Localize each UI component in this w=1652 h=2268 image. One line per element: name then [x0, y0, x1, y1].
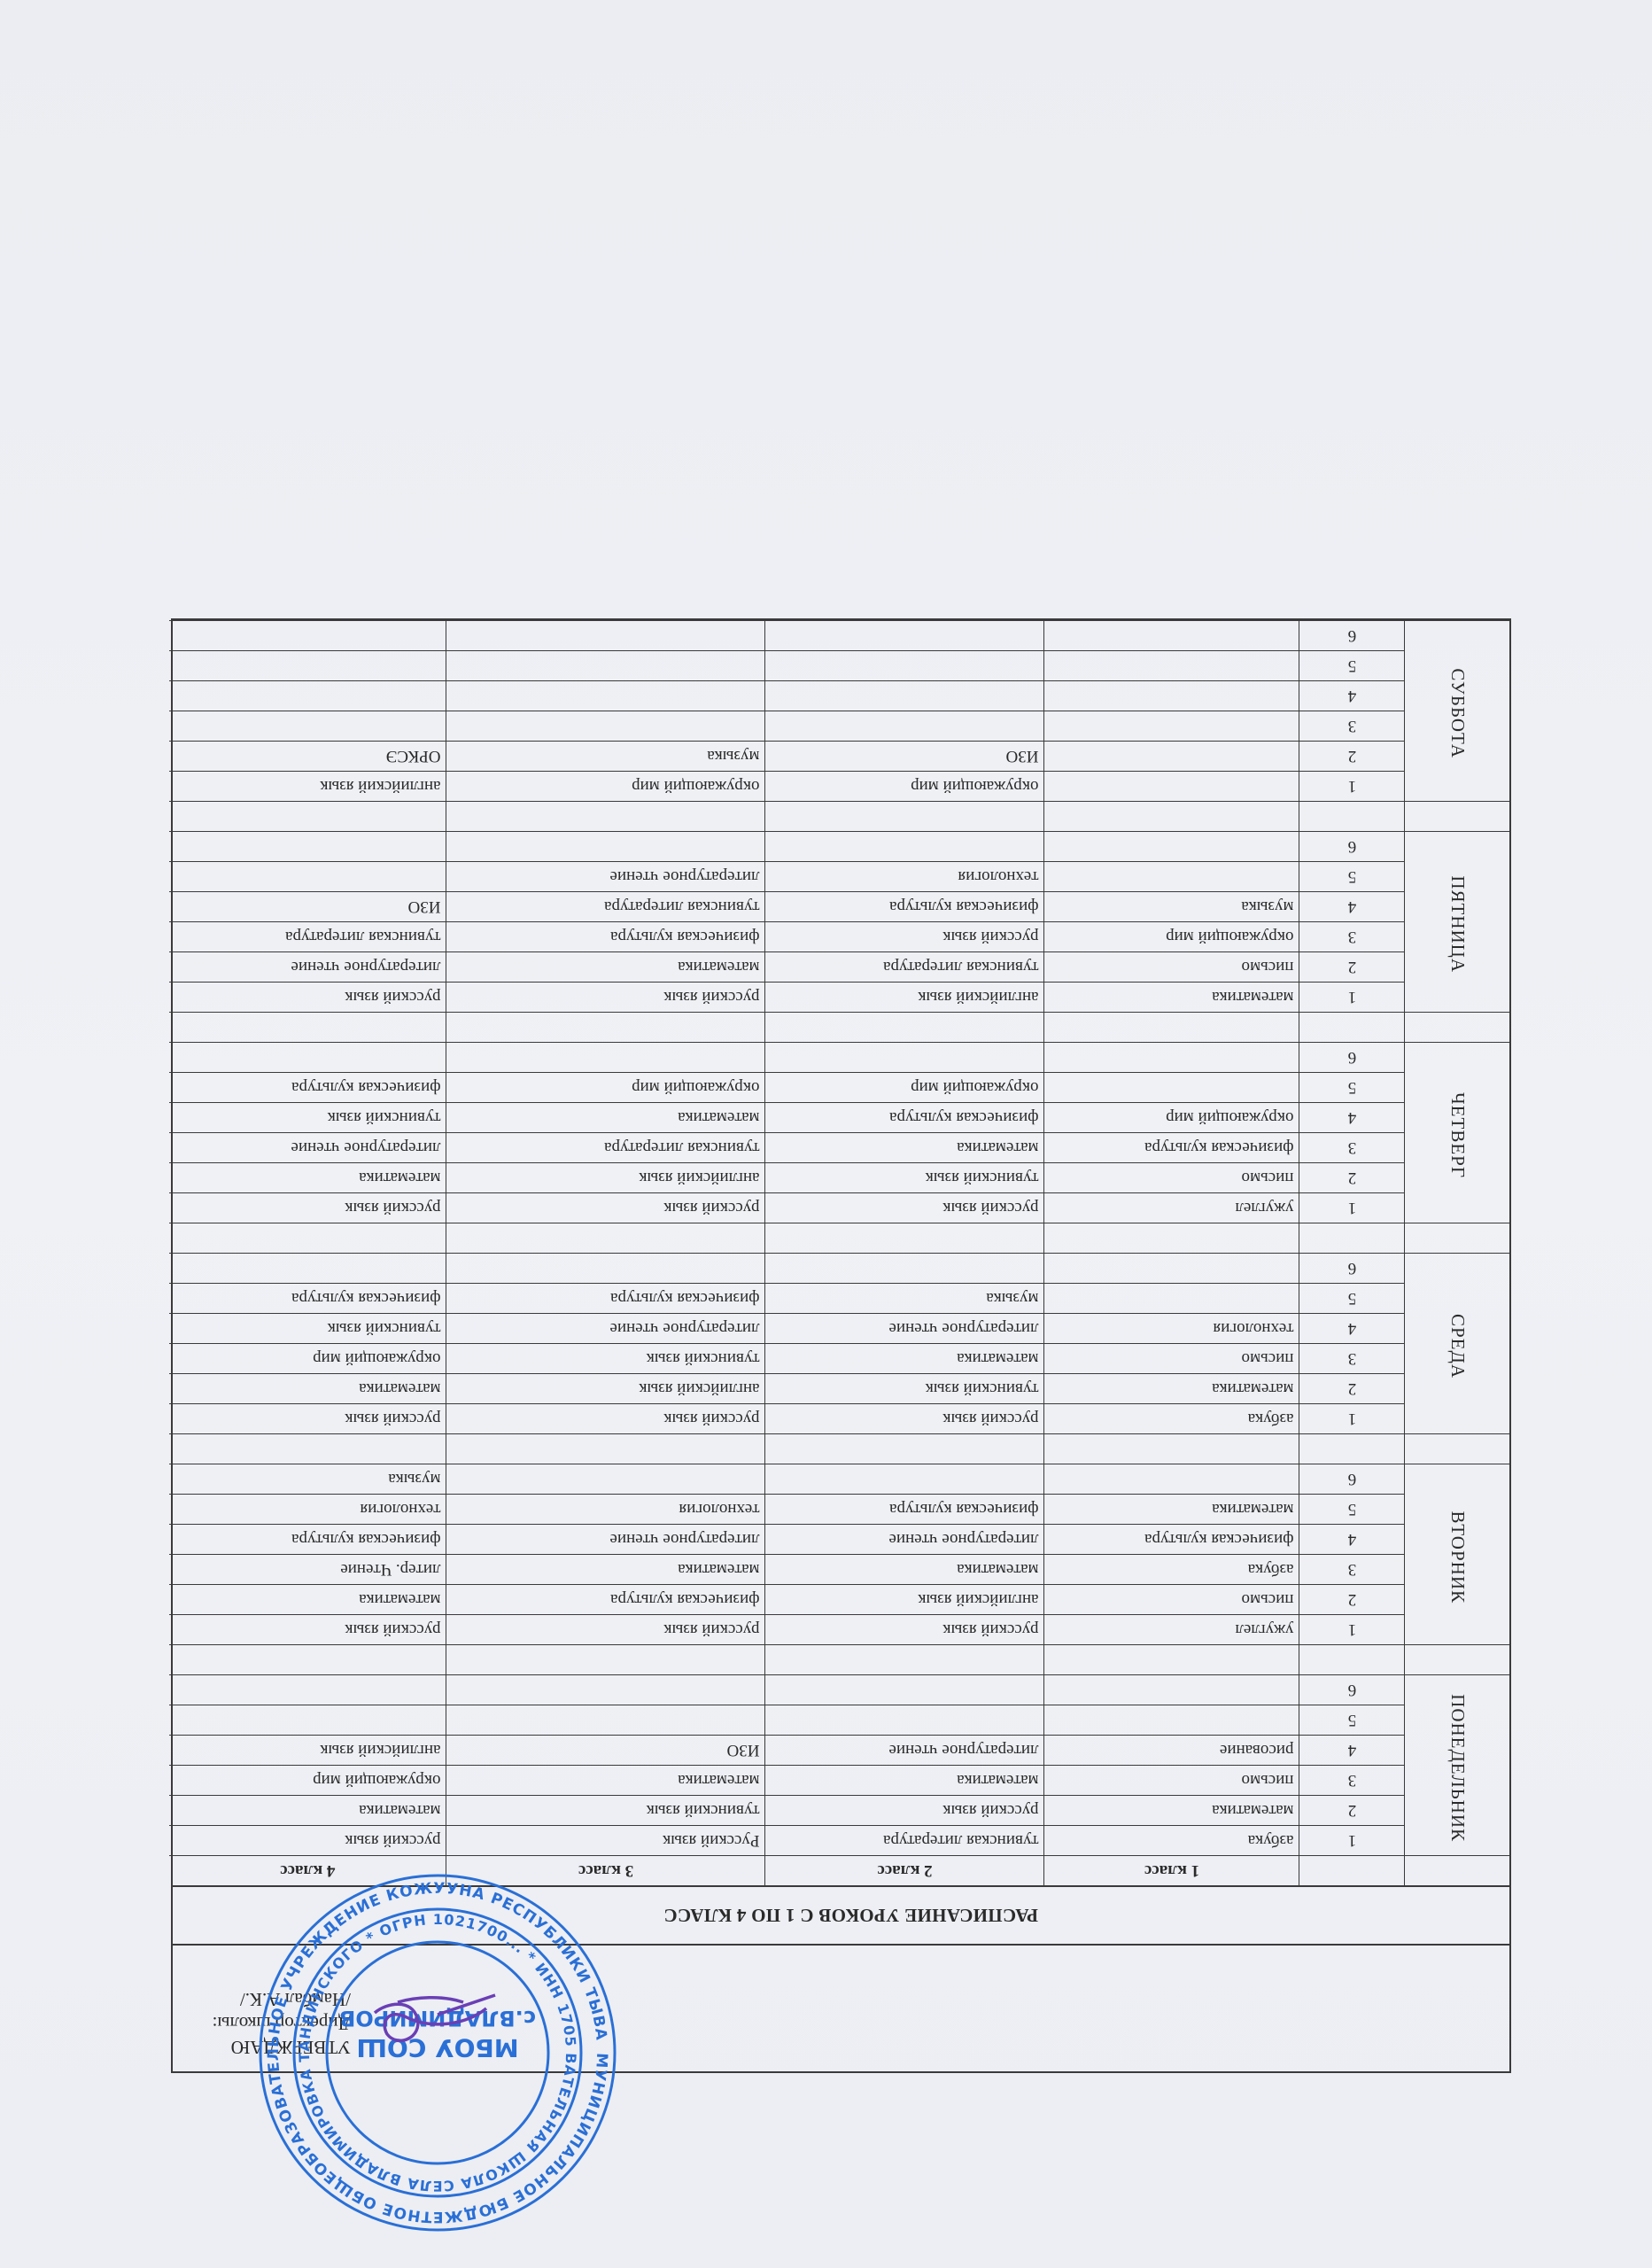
empty-cell [446, 1434, 765, 1464]
lesson-number: 5 [1299, 1495, 1405, 1525]
subject-class-4 [169, 651, 446, 681]
subject-class-3 [446, 621, 765, 651]
subject-class-3: тувинская литература [446, 1133, 765, 1163]
subject-class-1: азбука [1044, 1826, 1299, 1856]
subject-class-2 [765, 1254, 1044, 1284]
subject-class-1 [1044, 862, 1299, 892]
subject-class-1: математика [1044, 1374, 1299, 1404]
subject-class-1 [1044, 1705, 1299, 1736]
approval-text: УТВЕРЖДАЮ Директор школы: /Намбал А.К./ [213, 1987, 351, 2059]
lesson-row: 6 [169, 621, 1509, 651]
empty-cell [446, 802, 765, 832]
subject-class-1: письмо [1044, 1163, 1299, 1193]
subject-class-4 [169, 681, 446, 711]
lesson-number: 4 [1299, 1314, 1405, 1344]
lesson-row: 5 [169, 651, 1509, 681]
subject-class-1 [1044, 1254, 1299, 1284]
subject-class-3: ИЗО [446, 1736, 765, 1766]
document-title: РАСПИСАНИЕ УРОКОВ С 1 ПО 4 КЛАСС [173, 1885, 1509, 1944]
subject-class-2: физическая культура [765, 1495, 1044, 1525]
subject-class-3: технология [446, 1495, 765, 1525]
lesson-row: 6 [169, 832, 1509, 862]
day-cell: ПЯТНИЦА [1405, 832, 1509, 1013]
empty-cell [765, 1434, 1044, 1464]
subject-class-3 [446, 1675, 765, 1705]
empty-cell [1044, 1434, 1299, 1464]
lesson-number: 1 [1299, 1404, 1405, 1434]
lesson-number: 1 [1299, 772, 1405, 802]
lesson-row: 3письмоматематикаматематикаокружающий ми… [169, 1766, 1509, 1796]
subject-class-1 [1044, 651, 1299, 681]
subject-class-3: тувинская литература [446, 892, 765, 922]
subject-class-4: математика [169, 1163, 446, 1193]
subject-class-3: математика [446, 952, 765, 983]
subject-class-4: физическая культура [169, 1284, 446, 1314]
subject-class-3: математика [446, 1766, 765, 1796]
lesson-number: 3 [1299, 1344, 1405, 1374]
lesson-row: 5технологиялитературное чтение [169, 862, 1509, 892]
subject-class-4: физическая культура [169, 1073, 446, 1103]
subject-class-2 [765, 1043, 1044, 1073]
lesson-row: СУББОТА1окружающий мирокружающий мирангл… [169, 772, 1509, 802]
subject-class-2: литературное чтение [765, 1736, 1044, 1766]
lesson-number: 1 [1299, 983, 1405, 1013]
subject-class-4: литературное чтение [169, 1133, 446, 1163]
empty-cell [446, 1223, 765, 1254]
subject-class-1: окружающий мир [1044, 922, 1299, 952]
lesson-number: 3 [1299, 1133, 1405, 1163]
subject-class-4: русский язык [169, 983, 446, 1013]
subject-class-2: русский язык [765, 922, 1044, 952]
subject-class-4: окружающий мир [169, 1344, 446, 1374]
header-class-1: 1 класс [1044, 1856, 1299, 1886]
empty-cell [1044, 1013, 1299, 1043]
subject-class-4: технология [169, 1495, 446, 1525]
empty-cell [765, 1645, 1044, 1675]
lesson-number: 2 [1299, 742, 1405, 772]
subject-class-3: физическая культура [446, 1585, 765, 1615]
subject-class-2: русский язык [765, 1193, 1044, 1223]
lesson-row: 4окружающий мирфизическая культураматема… [169, 1103, 1509, 1133]
subject-class-4: литературное чтение [169, 952, 446, 983]
subject-class-2: математика [765, 1344, 1044, 1374]
scanned-page: УТВЕРЖДАЮ Директор школы: /Намбал А.К./ … [0, 0, 1652, 2268]
lesson-number: 2 [1299, 952, 1405, 983]
subject-class-4: ОРКСЭ [169, 742, 446, 772]
subject-class-1: математика [1044, 983, 1299, 1013]
lesson-row: 4 [169, 681, 1509, 711]
subject-class-2: технология [765, 862, 1044, 892]
lesson-number: 6 [1299, 1043, 1405, 1073]
empty-cell [446, 1645, 765, 1675]
subject-class-1 [1044, 1284, 1299, 1314]
lesson-row: 3окружающий миррусский языкфизическая ку… [169, 922, 1509, 952]
subject-class-4: музыка [169, 1464, 446, 1495]
empty-cell [1405, 802, 1509, 832]
subject-class-1: музыка [1044, 892, 1299, 922]
day-label: ЧЕТВЕРГ [1446, 1092, 1469, 1178]
subject-class-3: английский язык [446, 1374, 765, 1404]
subject-class-1 [1044, 681, 1299, 711]
subject-class-4: литер. Чтение [169, 1555, 446, 1585]
lesson-row: 6музыка [169, 1464, 1509, 1495]
subject-class-1: ужуглел [1044, 1615, 1299, 1645]
lesson-row: 4рисованиелитературное чтениеИЗОанглийск… [169, 1736, 1509, 1766]
subject-class-1: ужуглел [1044, 1193, 1299, 1223]
schedule-table: 1 класс 2 класс 3 класс 4 класс ПОНЕДЕЛЬ… [169, 620, 1509, 1885]
subject-class-1: технология [1044, 1314, 1299, 1344]
subject-class-1 [1044, 1073, 1299, 1103]
lesson-row: 3 [169, 711, 1509, 742]
lesson-number: 6 [1299, 1675, 1405, 1705]
subject-class-4: математика [169, 1585, 446, 1615]
subject-class-4: английский язык [169, 1736, 446, 1766]
subject-class-1: письмо [1044, 1585, 1299, 1615]
subject-class-3: физическая культура [446, 1284, 765, 1314]
subject-class-4: ИЗО [169, 892, 446, 922]
lesson-number: 2 [1299, 1163, 1405, 1193]
empty-cell [765, 1013, 1044, 1043]
subject-class-2 [765, 681, 1044, 711]
subject-class-3: русский язык [446, 1193, 765, 1223]
lesson-row: 5музыкафизическая культурафизическая кул… [169, 1284, 1509, 1314]
subject-class-3 [446, 1254, 765, 1284]
empty-cell [1405, 1223, 1509, 1254]
empty-cell [169, 802, 446, 832]
lesson-number: 5 [1299, 651, 1405, 681]
lesson-number: 6 [1299, 1464, 1405, 1495]
subject-class-3 [446, 1705, 765, 1736]
lesson-number: 5 [1299, 1705, 1405, 1736]
empty-cell [446, 1013, 765, 1043]
empty-cell [1405, 1013, 1509, 1043]
subject-class-4: русский язык [169, 1404, 446, 1434]
subject-class-3: окружающий мир [446, 772, 765, 802]
subject-class-2: ИЗО [765, 742, 1044, 772]
header-class-3: 3 класс [446, 1856, 765, 1886]
subject-class-1 [1044, 711, 1299, 742]
subject-class-4: окружающий мир [169, 1766, 446, 1796]
lesson-number: 5 [1299, 862, 1405, 892]
subject-class-1: письмо [1044, 952, 1299, 983]
lesson-row: 2ИЗОмузыкаОРКСЭ [169, 742, 1509, 772]
lesson-number: 2 [1299, 1585, 1405, 1615]
lesson-number: 5 [1299, 1073, 1405, 1103]
subject-class-2: литературное чтение [765, 1314, 1044, 1344]
header-day [1405, 1856, 1509, 1886]
subject-class-3: литературное чтение [446, 862, 765, 892]
subject-class-2: английский язык [765, 1585, 1044, 1615]
empty-cell [1299, 1013, 1405, 1043]
subject-class-1 [1044, 832, 1299, 862]
subject-class-2: тувинская литература [765, 1826, 1044, 1856]
subject-class-1: азбука [1044, 1404, 1299, 1434]
lesson-row: 3азбукаматематикаматематикалитер. Чтение [169, 1555, 1509, 1585]
subject-class-2 [765, 1675, 1044, 1705]
day-separator-row [169, 1645, 1509, 1675]
approval-director-label: Директор школы: [213, 2011, 351, 2035]
lesson-row: 3физическая культураматематикатувинская … [169, 1133, 1509, 1163]
lesson-number: 1 [1299, 1615, 1405, 1645]
approval-heading: УТВЕРЖДАЮ [213, 2035, 351, 2059]
subject-class-3: русский язык [446, 1404, 765, 1434]
lesson-row: 6 [169, 1043, 1509, 1073]
lesson-number: 2 [1299, 1374, 1405, 1404]
lesson-row: 6 [169, 1254, 1509, 1284]
subject-class-1: физическая культура [1044, 1525, 1299, 1555]
subject-class-3: физическая культура [446, 922, 765, 952]
approval-block: УТВЕРЖДАЮ Директор школы: /Намбал А.К./ [173, 1944, 1509, 2071]
header-class-2: 2 класс [765, 1856, 1044, 1886]
subject-class-1 [1044, 742, 1299, 772]
lesson-row: ЧЕТВЕРГ1ужуглелрусский языкрусский языкр… [169, 1193, 1509, 1223]
day-separator-row [169, 802, 1509, 832]
lesson-row: ПЯТНИЦА1математикаанглийский языкрусский… [169, 983, 1509, 1013]
lesson-number: 3 [1299, 1555, 1405, 1585]
subject-class-4: русский язык [169, 1193, 446, 1223]
lesson-row: ВТОРНИК1ужуглелрусский языкрусский языкр… [169, 1615, 1509, 1645]
subject-class-2: окружающий мир [765, 1073, 1044, 1103]
subject-class-3: русский язык [446, 1615, 765, 1645]
subject-class-4: русский язык [169, 1826, 446, 1856]
lesson-number: 4 [1299, 1525, 1405, 1555]
lesson-number: 6 [1299, 621, 1405, 651]
empty-cell [169, 1013, 446, 1043]
day-separator-row [169, 1434, 1509, 1464]
lesson-number: 3 [1299, 922, 1405, 952]
empty-cell [169, 1223, 446, 1254]
subject-class-4 [169, 1254, 446, 1284]
subject-class-4 [169, 862, 446, 892]
subject-class-2: математика [765, 1133, 1044, 1163]
subject-class-1: азбука [1044, 1555, 1299, 1585]
empty-cell [169, 1434, 446, 1464]
empty-cell [1299, 1223, 1405, 1254]
subject-class-2: тувинский язык [765, 1163, 1044, 1193]
day-separator-row [169, 1223, 1509, 1254]
subject-class-2: тувинская литература [765, 952, 1044, 983]
subject-class-3: литературное чтение [446, 1314, 765, 1344]
subject-class-3 [446, 1464, 765, 1495]
subject-class-3: музыка [446, 742, 765, 772]
day-separator-row [169, 1013, 1509, 1043]
subject-class-2: литературное чтение [765, 1525, 1044, 1555]
subject-class-1: физическая культура [1044, 1133, 1299, 1163]
lesson-number: 4 [1299, 1736, 1405, 1766]
day-label: ПОНЕДЕЛЬНИК [1446, 1694, 1469, 1842]
subject-class-2 [765, 1705, 1044, 1736]
subject-class-4: математика [169, 1374, 446, 1404]
subject-class-3: литературное чтение [446, 1525, 765, 1555]
day-cell: ВТОРНИК [1405, 1464, 1509, 1645]
subject-class-4: физическая культура [169, 1525, 446, 1555]
subject-class-2: английский язык [765, 983, 1044, 1013]
empty-cell [1299, 1434, 1405, 1464]
subject-class-4: тувинская литература [169, 922, 446, 952]
header-row: 1 класс 2 класс 3 класс 4 класс [169, 1856, 1509, 1886]
empty-cell [1044, 802, 1299, 832]
day-cell: ПОНЕДЕЛЬНИК [1405, 1675, 1509, 1856]
subject-class-1 [1044, 772, 1299, 802]
subject-class-2 [765, 832, 1044, 862]
lesson-number: 4 [1299, 1103, 1405, 1133]
subject-class-4: математика [169, 1796, 446, 1826]
day-cell: СУББОТА [1405, 621, 1509, 802]
subject-class-2 [765, 1464, 1044, 1495]
subject-class-2: физическая культура [765, 1103, 1044, 1133]
subject-class-3: математика [446, 1555, 765, 1585]
subject-class-2: математика [765, 1766, 1044, 1796]
subject-class-4: русский язык [169, 1615, 446, 1645]
subject-class-4 [169, 711, 446, 742]
subject-class-1 [1044, 1464, 1299, 1495]
empty-cell [765, 1223, 1044, 1254]
subject-class-3: тувинский язык [446, 1344, 765, 1374]
header-number [1299, 1856, 1405, 1886]
day-cell: ЧЕТВЕРГ [1405, 1043, 1509, 1223]
day-label: СРЕДА [1446, 1314, 1469, 1379]
subject-class-1: письмо [1044, 1344, 1299, 1374]
subject-class-2 [765, 651, 1044, 681]
subject-class-3: тувинский язык [446, 1796, 765, 1826]
empty-cell [169, 1645, 446, 1675]
day-cell: СРЕДА [1405, 1254, 1509, 1434]
subject-class-3 [446, 681, 765, 711]
subject-class-4 [169, 1675, 446, 1705]
subject-class-4: тувинский язык [169, 1103, 446, 1133]
empty-cell [1299, 802, 1405, 832]
lesson-number: 2 [1299, 1796, 1405, 1826]
lesson-row: 5математикафизическая культуратехнология… [169, 1495, 1509, 1525]
subject-class-3: окружающий мир [446, 1073, 765, 1103]
lesson-row: 2письмотувинская литератураматематикалит… [169, 952, 1509, 983]
lesson-number: 3 [1299, 711, 1405, 742]
subject-class-4: тувинский язык [169, 1314, 446, 1344]
schedule-document: УТВЕРЖДАЮ Директор школы: /Намбал А.К./ … [171, 618, 1511, 2073]
subject-class-2: тувинский язык [765, 1374, 1044, 1404]
lesson-number: 6 [1299, 832, 1405, 862]
empty-cell [1044, 1223, 1299, 1254]
subject-class-4 [169, 621, 446, 651]
subject-class-1: рисование [1044, 1736, 1299, 1766]
subject-class-3: математика [446, 1103, 765, 1133]
day-label: ПЯТНИЦА [1446, 876, 1469, 974]
subject-class-2: русский язык [765, 1796, 1044, 1826]
lesson-row: 5окружающий мирокружающий мирфизическая … [169, 1073, 1509, 1103]
lesson-number: 4 [1299, 892, 1405, 922]
lesson-number: 1 [1299, 1826, 1405, 1856]
lesson-row: 3письмоматематикатувинский языкокружающи… [169, 1344, 1509, 1374]
subject-class-4: английский язык [169, 772, 446, 802]
subject-class-2: музыка [765, 1284, 1044, 1314]
subject-class-2: математика [765, 1555, 1044, 1585]
subject-class-3 [446, 1043, 765, 1073]
day-label: СУББОТА [1446, 669, 1469, 759]
header-class-4: 4 класс [169, 1856, 446, 1886]
lesson-row: 2математикарусский языктувинский языкмат… [169, 1796, 1509, 1826]
subject-class-4 [169, 1705, 446, 1736]
title-text: РАСПИСАНИЕ УРОКОВ С 1 ПО 4 КЛАСС [663, 1905, 1038, 1927]
lesson-row: 2письмоанглийский языкфизическая культур… [169, 1585, 1509, 1615]
empty-cell [1299, 1645, 1405, 1675]
subject-class-2 [765, 711, 1044, 742]
day-label: ВТОРНИК [1446, 1511, 1469, 1603]
subject-class-1: окружающий мир [1044, 1103, 1299, 1133]
subject-class-2 [765, 621, 1044, 651]
subject-class-3: русский язык [446, 983, 765, 1013]
subject-class-3 [446, 711, 765, 742]
lesson-number: 1 [1299, 1193, 1405, 1223]
lesson-row: 4физическая культуралитературное чтениел… [169, 1525, 1509, 1555]
subject-class-3: Русский язык [446, 1826, 765, 1856]
empty-cell [765, 802, 1044, 832]
subject-class-3 [446, 832, 765, 862]
subject-class-2: русский язык [765, 1404, 1044, 1434]
subject-class-2: окружающий мир [765, 772, 1044, 802]
empty-cell [1044, 1645, 1299, 1675]
lesson-row: 2письмотувинский языканглийский языкмате… [169, 1163, 1509, 1193]
lesson-row: 4музыкафизическая культуратувинская лите… [169, 892, 1509, 922]
subject-class-2: физическая культура [765, 892, 1044, 922]
lesson-number: 3 [1299, 1766, 1405, 1796]
empty-cell [1405, 1434, 1509, 1464]
subject-class-2: русский язык [765, 1615, 1044, 1645]
lesson-row: ПОНЕДЕЛЬНИК1азбукатувинская литератураРу… [169, 1826, 1509, 1856]
subject-class-4 [169, 1043, 446, 1073]
subject-class-1: письмо [1044, 1766, 1299, 1796]
lesson-number: 5 [1299, 1284, 1405, 1314]
subject-class-1 [1044, 1675, 1299, 1705]
approval-director-name: /Намбал А.К./ [213, 1987, 351, 2011]
subject-class-4 [169, 832, 446, 862]
subject-class-3: английский язык [446, 1163, 765, 1193]
subject-class-1: математика [1044, 1495, 1299, 1525]
lesson-row: 4технологиялитературное чтениелитературн… [169, 1314, 1509, 1344]
subject-class-3 [446, 651, 765, 681]
subject-class-1: математика [1044, 1796, 1299, 1826]
empty-cell [1405, 1645, 1509, 1675]
lesson-row: 6 [169, 1675, 1509, 1705]
subject-class-1 [1044, 1043, 1299, 1073]
lesson-number: 6 [1299, 1254, 1405, 1284]
lesson-number: 4 [1299, 681, 1405, 711]
lesson-row: 2математикатувинский языканглийский язык… [169, 1374, 1509, 1404]
lesson-row: 5 [169, 1705, 1509, 1736]
lesson-row: СРЕДА1азбукарусский языкрусский языкрусс… [169, 1404, 1509, 1434]
subject-class-1 [1044, 621, 1299, 651]
